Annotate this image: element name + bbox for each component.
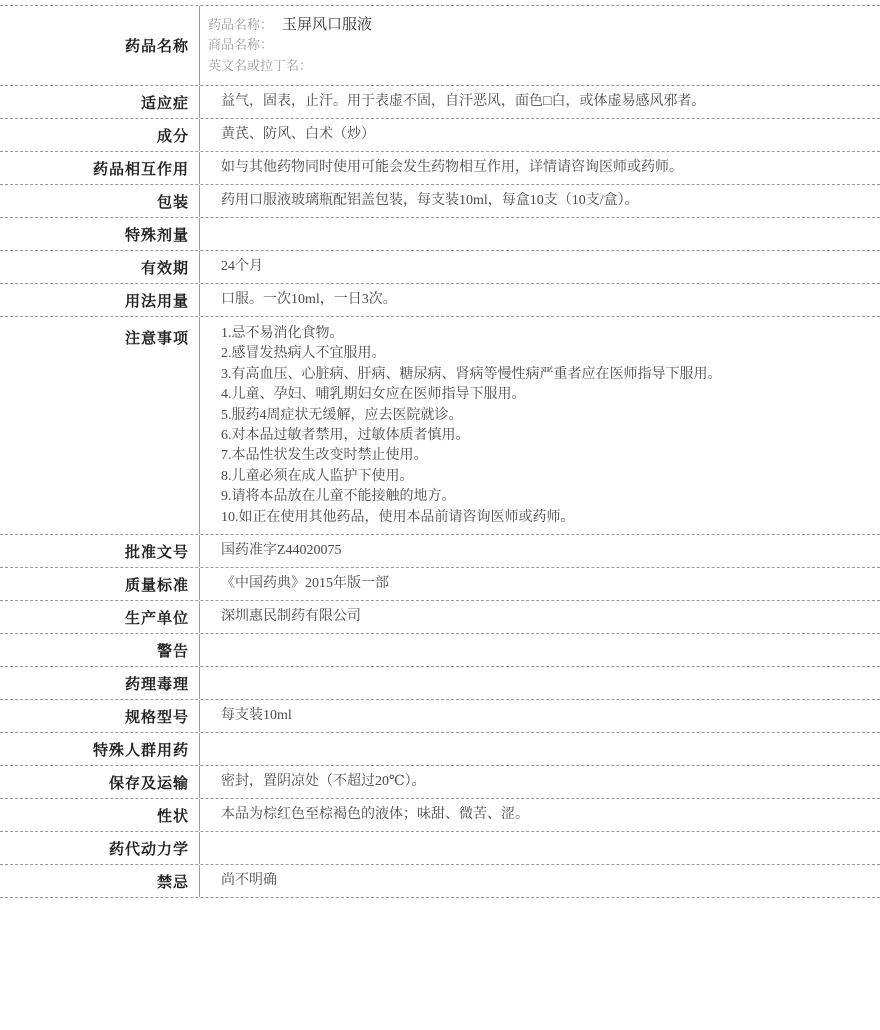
table-row-drug-interactions: 药品相互作用 如与其他药物同时使用可能会发生药物相互作用，详情请咨询医师或药师。: [0, 152, 880, 185]
precaution-item: 10.如正在使用其他药品，使用本品前请咨询医师或药师。: [221, 508, 865, 528]
row-label-storage-transport: 保存及运输: [0, 766, 200, 798]
precaution-item: 3.有高血压、心脏病、肝病、糖尿病、肾病等慢性病严重者应在医师指导下服用。: [221, 365, 865, 385]
table-row-quality-standard: 质量标准 《中国药典》2015年版一部: [0, 568, 880, 601]
row-content-contraindications: 尚不明确: [200, 865, 880, 897]
row-content-special-populations: [200, 733, 880, 765]
row-content-ingredients: 黄芪、防风、白术（炒）: [200, 119, 880, 151]
table-row-drug-name: 药品名称 药品名称：玉屏风口服液 商品名称： 英文名或拉丁名：: [0, 6, 880, 86]
row-content-shelf-life: 24个月: [200, 251, 880, 283]
drug-info-table: 药品名称 药品名称：玉屏风口服液 商品名称： 英文名或拉丁名： 适应症 益气，固…: [0, 5, 880, 898]
table-row-appearance: 性状 本品为棕红色至棕褐色的液体；味甜、微苦、涩。: [0, 799, 880, 832]
row-label-drug-name: 药品名称: [0, 6, 200, 85]
row-content-special-dosage: [200, 218, 880, 250]
english-name-line: 英文名或拉丁名：: [208, 56, 321, 77]
row-label-indications: 适应症: [0, 86, 200, 118]
table-row-warnings: 警告: [0, 634, 880, 667]
table-row-precautions: 注意事项 1.忌不易消化食物。 2.感冒发热病人不宜服用。 3.有高血压、心脏病…: [0, 317, 880, 535]
table-row-dosage-administration: 用法用量 口服。一次10ml，一日3次。: [0, 284, 880, 317]
trade-name-key: 商品名称：: [208, 37, 273, 52]
drug-name-cell: 药品名称：玉屏风口服液 商品名称： 英文名或拉丁名：: [200, 6, 880, 85]
precaution-item: 4.儿童、孕妇、哺乳期妇女应在医师指导下服用。: [221, 385, 865, 405]
table-row-shelf-life: 有效期 24个月: [0, 251, 880, 284]
row-label-manufacturer: 生产单位: [0, 601, 200, 633]
generic-name-value: 玉屏风口服液: [282, 17, 372, 33]
table-row-packaging: 包装 药用口服液玻璃瓶配铝盖包装，每支装10ml，每盒10支（10支/盒）。: [0, 185, 880, 218]
row-label-quality-standard: 质量标准: [0, 568, 200, 600]
row-content-packaging: 药用口服液玻璃瓶配铝盖包装，每支装10ml，每盒10支（10支/盒）。: [200, 185, 880, 217]
table-row-approval-number: 批准文号 国药准字Z44020075: [0, 535, 880, 568]
row-content-appearance: 本品为棕红色至棕褐色的液体；味甜、微苦、涩。: [200, 799, 880, 831]
generic-name-line: 药品名称：玉屏风口服液: [208, 15, 372, 36]
row-label-special-dosage: 特殊剂量: [0, 218, 200, 250]
table-row-special-dosage: 特殊剂量: [0, 218, 880, 251]
row-label-special-populations: 特殊人群用药: [0, 733, 200, 765]
precaution-item: 7.本品性状发生改变时禁止使用。: [221, 446, 865, 466]
row-label-drug-interactions: 药品相互作用: [0, 152, 200, 184]
row-label-contraindications: 禁忌: [0, 865, 200, 897]
row-content-indications: 益气，固表，止汗。用于表虚不固，自汗恶风，面色□白，或体虚易感风邪者。: [200, 86, 880, 118]
row-content-quality-standard: 《中国药典》2015年版一部: [200, 568, 880, 600]
row-label-shelf-life: 有效期: [0, 251, 200, 283]
row-label-approval-number: 批准文号: [0, 535, 200, 567]
table-row-storage-transport: 保存及运输 密封，置阴凉处（不超过20℃）。: [0, 766, 880, 799]
table-row-specification: 规格型号 每支装10ml: [0, 700, 880, 733]
table-row-special-populations: 特殊人群用药: [0, 733, 880, 766]
row-content-manufacturer: 深圳惠民制药有限公司: [200, 601, 880, 633]
english-name-key: 英文名或拉丁名：: [208, 58, 312, 73]
row-label-pharmacokinetics: 药代动力学: [0, 832, 200, 864]
precaution-item: 2.感冒发热病人不宜服用。: [221, 344, 865, 364]
table-row-indications: 适应症 益气，固表，止汗。用于表虚不固，自汗恶风，面色□白，或体虚易感风邪者。: [0, 86, 880, 119]
table-row-manufacturer: 生产单位 深圳惠民制药有限公司: [0, 601, 880, 634]
precaution-item: 1.忌不易消化食物。: [221, 324, 865, 344]
row-content-drug-interactions: 如与其他药物同时使用可能会发生药物相互作用，详情请咨询医师或药师。: [200, 152, 880, 184]
row-label-ingredients: 成分: [0, 119, 200, 151]
row-label-pharmacology-toxicology: 药理毒理: [0, 667, 200, 699]
table-row-ingredients: 成分 黄芪、防风、白术（炒）: [0, 119, 880, 152]
row-label-appearance: 性状: [0, 799, 200, 831]
precaution-item: 9.请将本品放在儿童不能接触的地方。: [221, 487, 865, 507]
row-content-pharmacokinetics: [200, 832, 880, 864]
row-content-precautions: 1.忌不易消化食物。 2.感冒发热病人不宜服用。 3.有高血压、心脏病、肝病、糖…: [200, 317, 880, 534]
row-label-specification: 规格型号: [0, 700, 200, 732]
table-row-contraindications: 禁忌 尚不明确: [0, 865, 880, 898]
row-label-dosage-administration: 用法用量: [0, 284, 200, 316]
row-content-warnings: [200, 634, 880, 666]
table-row-pharmacokinetics: 药代动力学: [0, 832, 880, 865]
row-label-precautions: 注意事项: [0, 317, 200, 534]
precaution-item: 8.儿童必须在成人监护下使用。: [221, 467, 865, 487]
row-label-packaging: 包装: [0, 185, 200, 217]
row-content-storage-transport: 密封，置阴凉处（不超过20℃）。: [200, 766, 880, 798]
table-row-pharmacology-toxicology: 药理毒理: [0, 667, 880, 700]
generic-name-key: 药品名称：: [208, 17, 273, 32]
trade-name-line: 商品名称：: [208, 35, 282, 56]
row-content-approval-number: 国药准字Z44020075: [200, 535, 880, 567]
row-content-dosage-administration: 口服。一次10ml，一日3次。: [200, 284, 880, 316]
precaution-item: 6.对本品过敏者禁用，过敏体质者慎用。: [221, 426, 865, 446]
precaution-item: 5.服药4周症状无缓解，应去医院就诊。: [221, 406, 865, 426]
row-content-specification: 每支装10ml: [200, 700, 880, 732]
row-content-pharmacology-toxicology: [200, 667, 880, 699]
row-label-warnings: 警告: [0, 634, 200, 666]
